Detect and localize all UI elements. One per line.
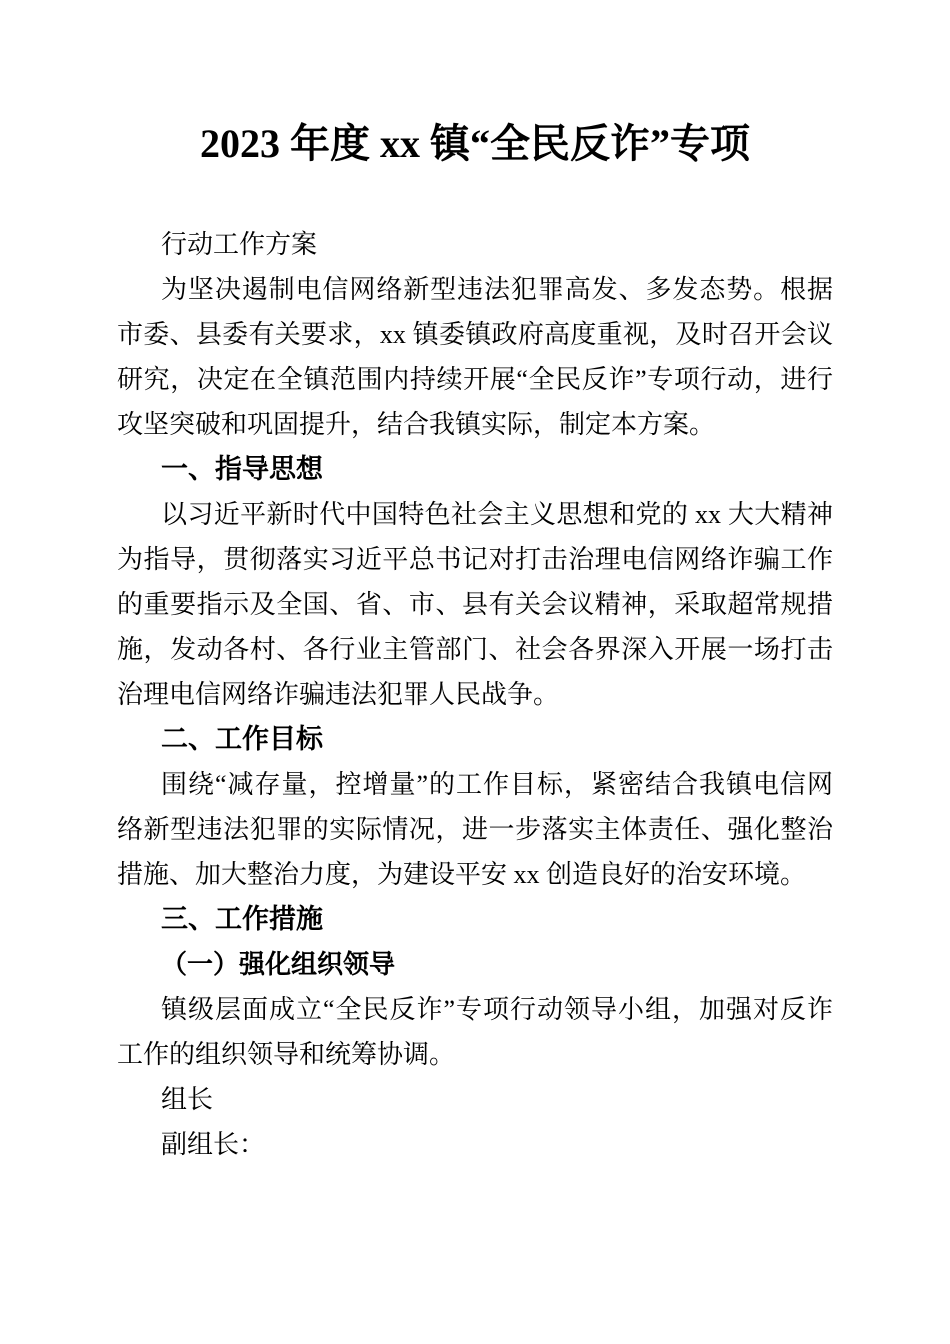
document-subtitle-line: 行动工作方案 xyxy=(117,222,833,267)
deputy-leader-line: 副组长： xyxy=(117,1122,833,1167)
section1-heading: 一、指导思想 xyxy=(117,447,833,492)
section3-paragraph-1: 镇级层面成立“全民反诈”专项行动领导小组，加强对反诈工作的组织领导和统筹协调。 xyxy=(117,987,833,1077)
document-page: 2023 年度 xx 镇“全民反诈”专项 行动工作方案 为坚决遏制电信网络新型违… xyxy=(0,0,950,1344)
document-title: 2023 年度 xx 镇“全民反诈”专项 xyxy=(117,116,833,172)
section2-paragraph: 围绕“减存量，控增量”的工作目标，紧密结合我镇电信网络新型违法犯罪的实际情况，进… xyxy=(117,762,833,897)
section3-subheading-1: （一）强化组织领导 xyxy=(117,942,833,987)
intro-paragraph: 为坚决遏制电信网络新型违法犯罪高发、多发态势。根据市委、县委有关要求，xx 镇委… xyxy=(117,267,833,447)
section2-heading: 二、工作目标 xyxy=(117,717,833,762)
section3-heading: 三、工作措施 xyxy=(117,897,833,942)
leader-line: 组长 xyxy=(117,1077,833,1122)
section1-paragraph: 以习近平新时代中国特色社会主义思想和党的 xx 大大精神为指导，贯彻落实习近平总… xyxy=(117,492,833,717)
